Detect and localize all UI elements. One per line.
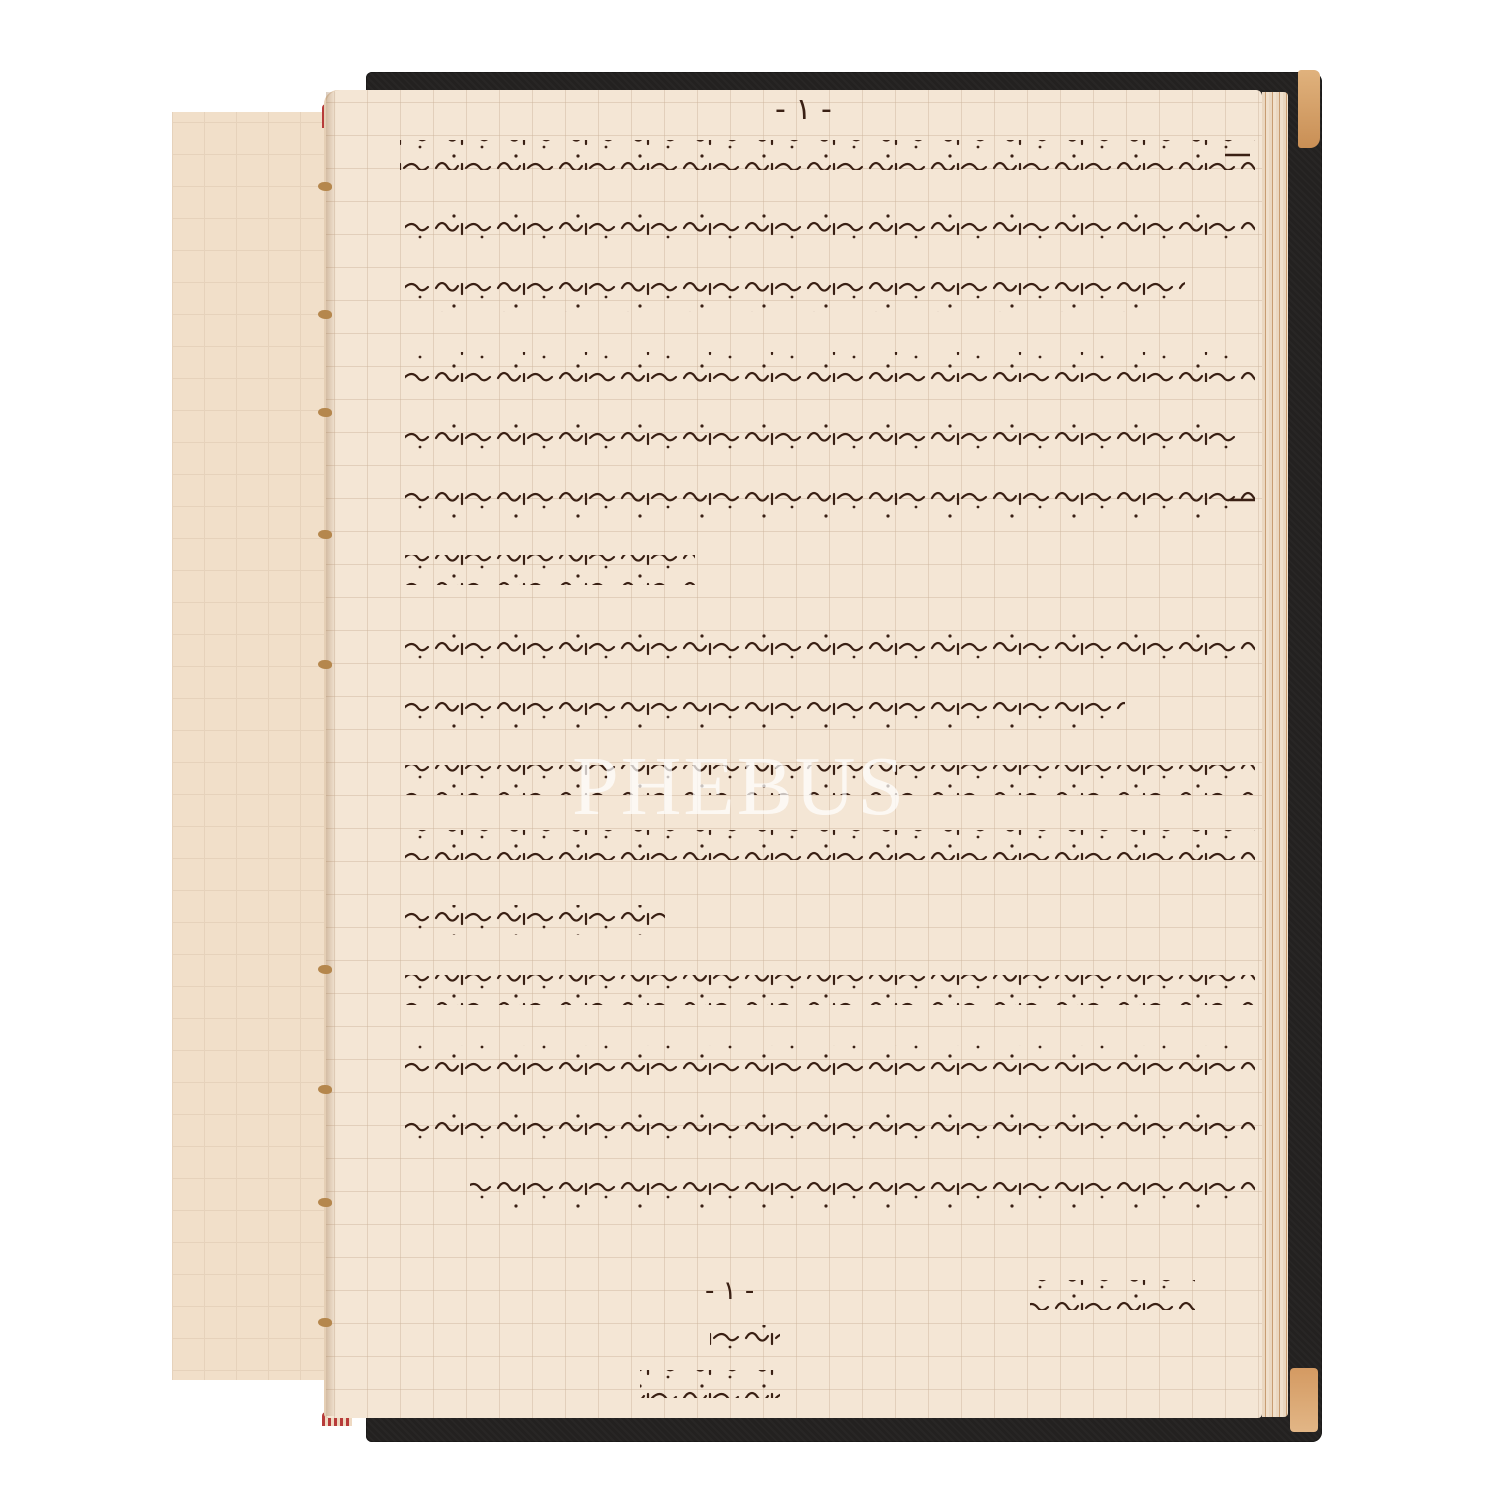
- line-1: [400, 140, 1255, 170]
- watermark-phebus: PHEBUS: [572, 738, 906, 835]
- line-12: [405, 905, 665, 935]
- signature-line-2: [640, 1370, 780, 1398]
- line-5: [405, 422, 1235, 452]
- line-17: [1030, 1280, 1195, 1310]
- line-13: [405, 975, 1255, 1005]
- line-15: [405, 1112, 1255, 1142]
- line-6: [405, 490, 1255, 520]
- line-2: [405, 212, 1255, 242]
- line-9: [405, 698, 1125, 728]
- line-4: [405, 352, 1255, 382]
- line-7: [405, 555, 695, 585]
- line-14: [405, 1045, 1255, 1075]
- notebook-photo: - ١ - - ١ - PHEBUS: [0, 0, 1500, 1500]
- line-8: [405, 630, 1255, 660]
- signature-line-1: [710, 1325, 780, 1351]
- page-number-bottom: - ١ -: [705, 1276, 754, 1306]
- line-3: [405, 282, 1185, 312]
- line-16: [470, 1180, 1255, 1210]
